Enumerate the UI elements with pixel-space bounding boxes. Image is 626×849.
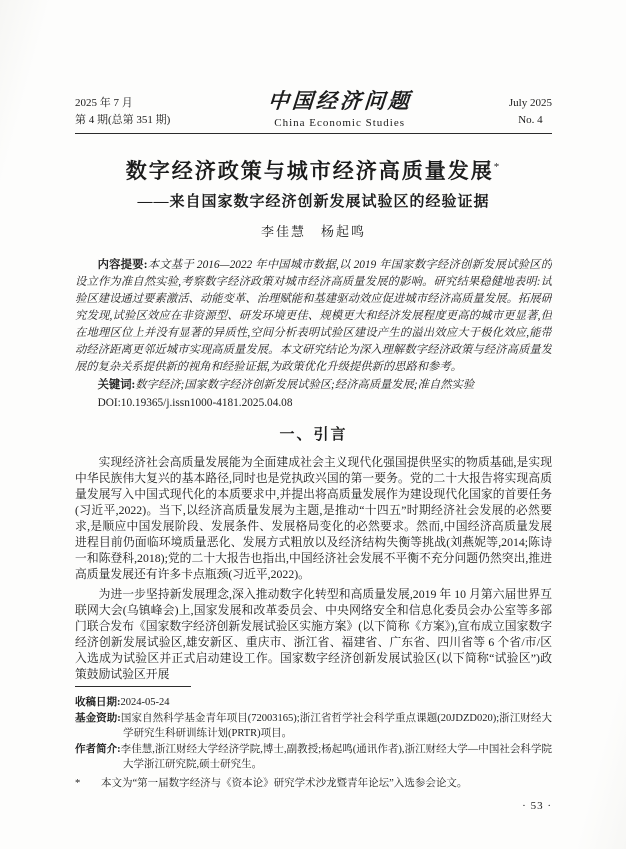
footnote-divider [75, 686, 191, 687]
keywords-line: 关键词:数字经济;国家数字经济创新发展试验区;经济高质量发展;准自然实验 [75, 377, 552, 394]
page-number: · 53 · [522, 800, 552, 812]
masthead-chinese: 中国经济问题 [267, 85, 413, 115]
title-footnote-marker: * [494, 161, 502, 173]
journal-number-en: No. 4 [509, 112, 552, 129]
journal-issue-number: 第 4 期(总第 351 期) [75, 112, 170, 129]
paper-authors: 李佳慧 杨起鸣 [75, 223, 552, 241]
footnote-received-text: 2024-05-24 [121, 697, 170, 708]
journal-issue-info-en: July 2025 No. 4 [509, 95, 552, 129]
journal-header: 2025 年 7 月 第 4 期(总第 351 期) 中国经济问题 China … [75, 85, 552, 134]
footnote-author-bio: 作者简介:李佳慧,浙江财经大学经济学院,博士,副教授;杨起鸣(通讯作者),浙江财… [75, 742, 552, 772]
footnote-bio-label: 作者简介: [75, 744, 121, 755]
footnote-funding-text: 国家自然科学基金青年项目(72003165);浙江省哲学社会科学重点课题(20J… [121, 713, 552, 739]
footnote-star-marker: * [75, 776, 101, 791]
masthead-english: China Economic Studies [170, 117, 509, 129]
abstract-paragraph: 内容提要:本文基于 2016—2022 年中国城市数据,以 2019 年国家数字… [75, 257, 552, 376]
journal-issue-date: 2025 年 7 月 [75, 95, 170, 112]
journal-page: 2025 年 7 月 第 4 期(总第 351 期) 中国经济问题 China … [0, 0, 626, 849]
footnote-star: *本文为“第一届数字经济与《资本论》研究学术沙龙暨青年论坛”入选参会论文。 [75, 776, 552, 791]
keywords-text: 数字经济;国家数字经济创新发展试验区;经济高质量发展;准自然实验 [135, 379, 474, 391]
abstract-text: 本文基于 2016—2022 年中国城市数据,以 2019 年国家数字经济创新发… [75, 259, 552, 373]
paper-title: 数字经济政策与城市经济高质量发展* [75, 152, 552, 186]
body-paragraph-1: 实现经济社会高质量发展能为全面建成社会主义现代化强国提供坚实的物质基础,是实现中… [75, 454, 552, 582]
footnote-bio-text: 李佳慧,浙江财经大学经济学院,博士,副教授;杨起鸣(通讯作者),浙江财经大学—中… [121, 744, 552, 770]
abstract-label: 内容提要: [98, 259, 148, 271]
doi-line: DOI:10.19365/j.issn1000-4181.2025.04.08 [75, 395, 552, 412]
journal-date-en: July 2025 [509, 95, 552, 112]
paper-subtitle: ——来自国家数字经济创新发展试验区的经验证据 [75, 191, 552, 213]
body-paragraph-2: 为进一步坚持新发展理念,深入推动数字化转型和高质量发展,2019 年 10 月第… [75, 586, 552, 682]
footnote-received-label: 收稿日期: [75, 697, 121, 708]
footnote-funding-label: 基金资助: [75, 713, 121, 724]
footnote-funding: 基金资助:国家自然科学基金青年项目(72003165);浙江省哲学社会科学重点课… [75, 711, 552, 741]
journal-masthead: 中国经济问题 China Economic Studies [170, 85, 509, 129]
paper-title-text: 数字经济政策与城市经济高质量发展 [126, 159, 494, 183]
keywords-label: 关键词: [98, 379, 136, 391]
abstract-block: 内容提要:本文基于 2016—2022 年中国城市数据,以 2019 年国家数字… [75, 257, 552, 412]
footnotes-block: 收稿日期:2024-05-24 基金资助:国家自然科学基金青年项目(720031… [75, 686, 552, 791]
journal-issue-info: 2025 年 7 月 第 4 期(总第 351 期) [75, 95, 170, 129]
footnote-star-text: 本文为“第一届数字经济与《资本论》研究学术沙龙暨青年论坛”入选参会论文。 [101, 778, 467, 789]
page-content: 2025 年 7 月 第 4 期(总第 351 期) 中国经济问题 China … [75, 85, 552, 685]
section-heading-introduction: 一、引言 [75, 424, 552, 446]
footnote-received-date: 收稿日期:2024-05-24 [75, 695, 552, 710]
